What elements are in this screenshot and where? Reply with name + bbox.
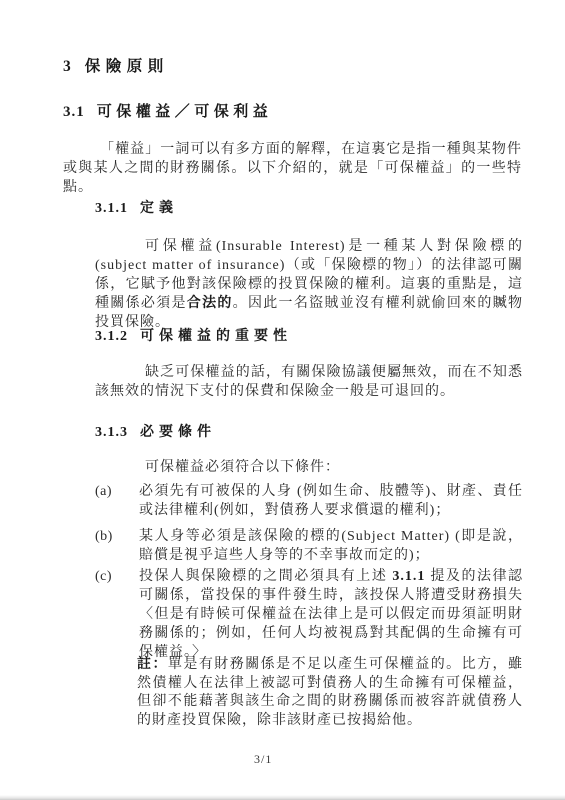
- subsection-heading-312: 3.1.2可保權益的重要性: [95, 325, 292, 345]
- definition-text-bold: 合法的: [187, 296, 233, 311]
- chapter-title: 保險原則: [85, 58, 169, 75]
- item-c-text-1: 投保人與保險標的之間必須具有上述: [139, 569, 392, 584]
- page-bottom-edge: [0, 795, 565, 800]
- subsection-heading-311: 3.1.1定義: [95, 197, 178, 217]
- page-number: 3/1: [254, 752, 272, 767]
- note-text: 單是有財務關係是不足以產生可保權益的。比方，雖然債權人在法律上被認可對債務人的生…: [137, 657, 523, 728]
- note-paragraph: 註：單是有財務關係是不足以產生可保權益的。比方，雖然債權人在法律上被認可對債務人…: [137, 656, 523, 730]
- subsection-title-313: 必要條件: [140, 425, 216, 440]
- subsection-number-311: 3.1.1: [95, 201, 128, 216]
- section-heading: 3.1可保權益／可保利益: [63, 100, 272, 121]
- list-item-text-a: 必須先有可被保的人身 (例如生命、肢體等)、財產、責任或法律權利(例如，對債務人…: [139, 482, 523, 520]
- section-title: 可保權益／可保利益: [97, 104, 273, 120]
- list-item-text-c: 投保人與保險標的之間必須具有上述 3.1.1 提及的法律認可關係，當投保的事件發…: [139, 567, 523, 662]
- intro-paragraph: 「權益」一詞可以有多方面的解釋，在這裏它是指一種與某物件或與某人之間的財務關係。…: [63, 140, 522, 197]
- item-c-crossref: 3.1.1: [392, 569, 425, 584]
- subsection-number-312: 3.1.2: [95, 329, 128, 344]
- subsection-title-311: 定義: [140, 201, 178, 216]
- list-item-text-b: 某人身等必須是該保險的標的(Subject Matter) (即是說，賠償是視乎…: [139, 527, 523, 565]
- chapter-heading: 3保險原則: [63, 54, 169, 76]
- conditions-intro: 可保權益必須符合以下條件：: [145, 458, 525, 477]
- list-item-label-b: (b): [95, 527, 113, 546]
- list-item-label-c: (c): [95, 567, 112, 586]
- subsection-number-313: 3.1.3: [95, 425, 128, 440]
- subsection-heading-313: 3.1.3必要條件: [95, 421, 216, 441]
- note-label: 註：: [137, 657, 168, 672]
- chapter-number: 3: [63, 58, 72, 75]
- list-item-label-a: (a): [95, 482, 112, 501]
- definition-paragraph: 可保權益(Insurable Interest)是一種某人對保險標的(subje…: [95, 237, 523, 332]
- importance-paragraph: 缺乏可保權益的話，有關保險協議便屬無效，而在不知悉該無效的情況下支付的保費和保險…: [95, 363, 523, 401]
- document-page: 3保險原則 3.1可保權益／可保利益 「權益」一詞可以有多方面的解釋，在這裏它是…: [0, 0, 565, 800]
- section-number: 3.1: [63, 104, 85, 120]
- subsection-title-312: 可保權益的重要性: [140, 329, 292, 344]
